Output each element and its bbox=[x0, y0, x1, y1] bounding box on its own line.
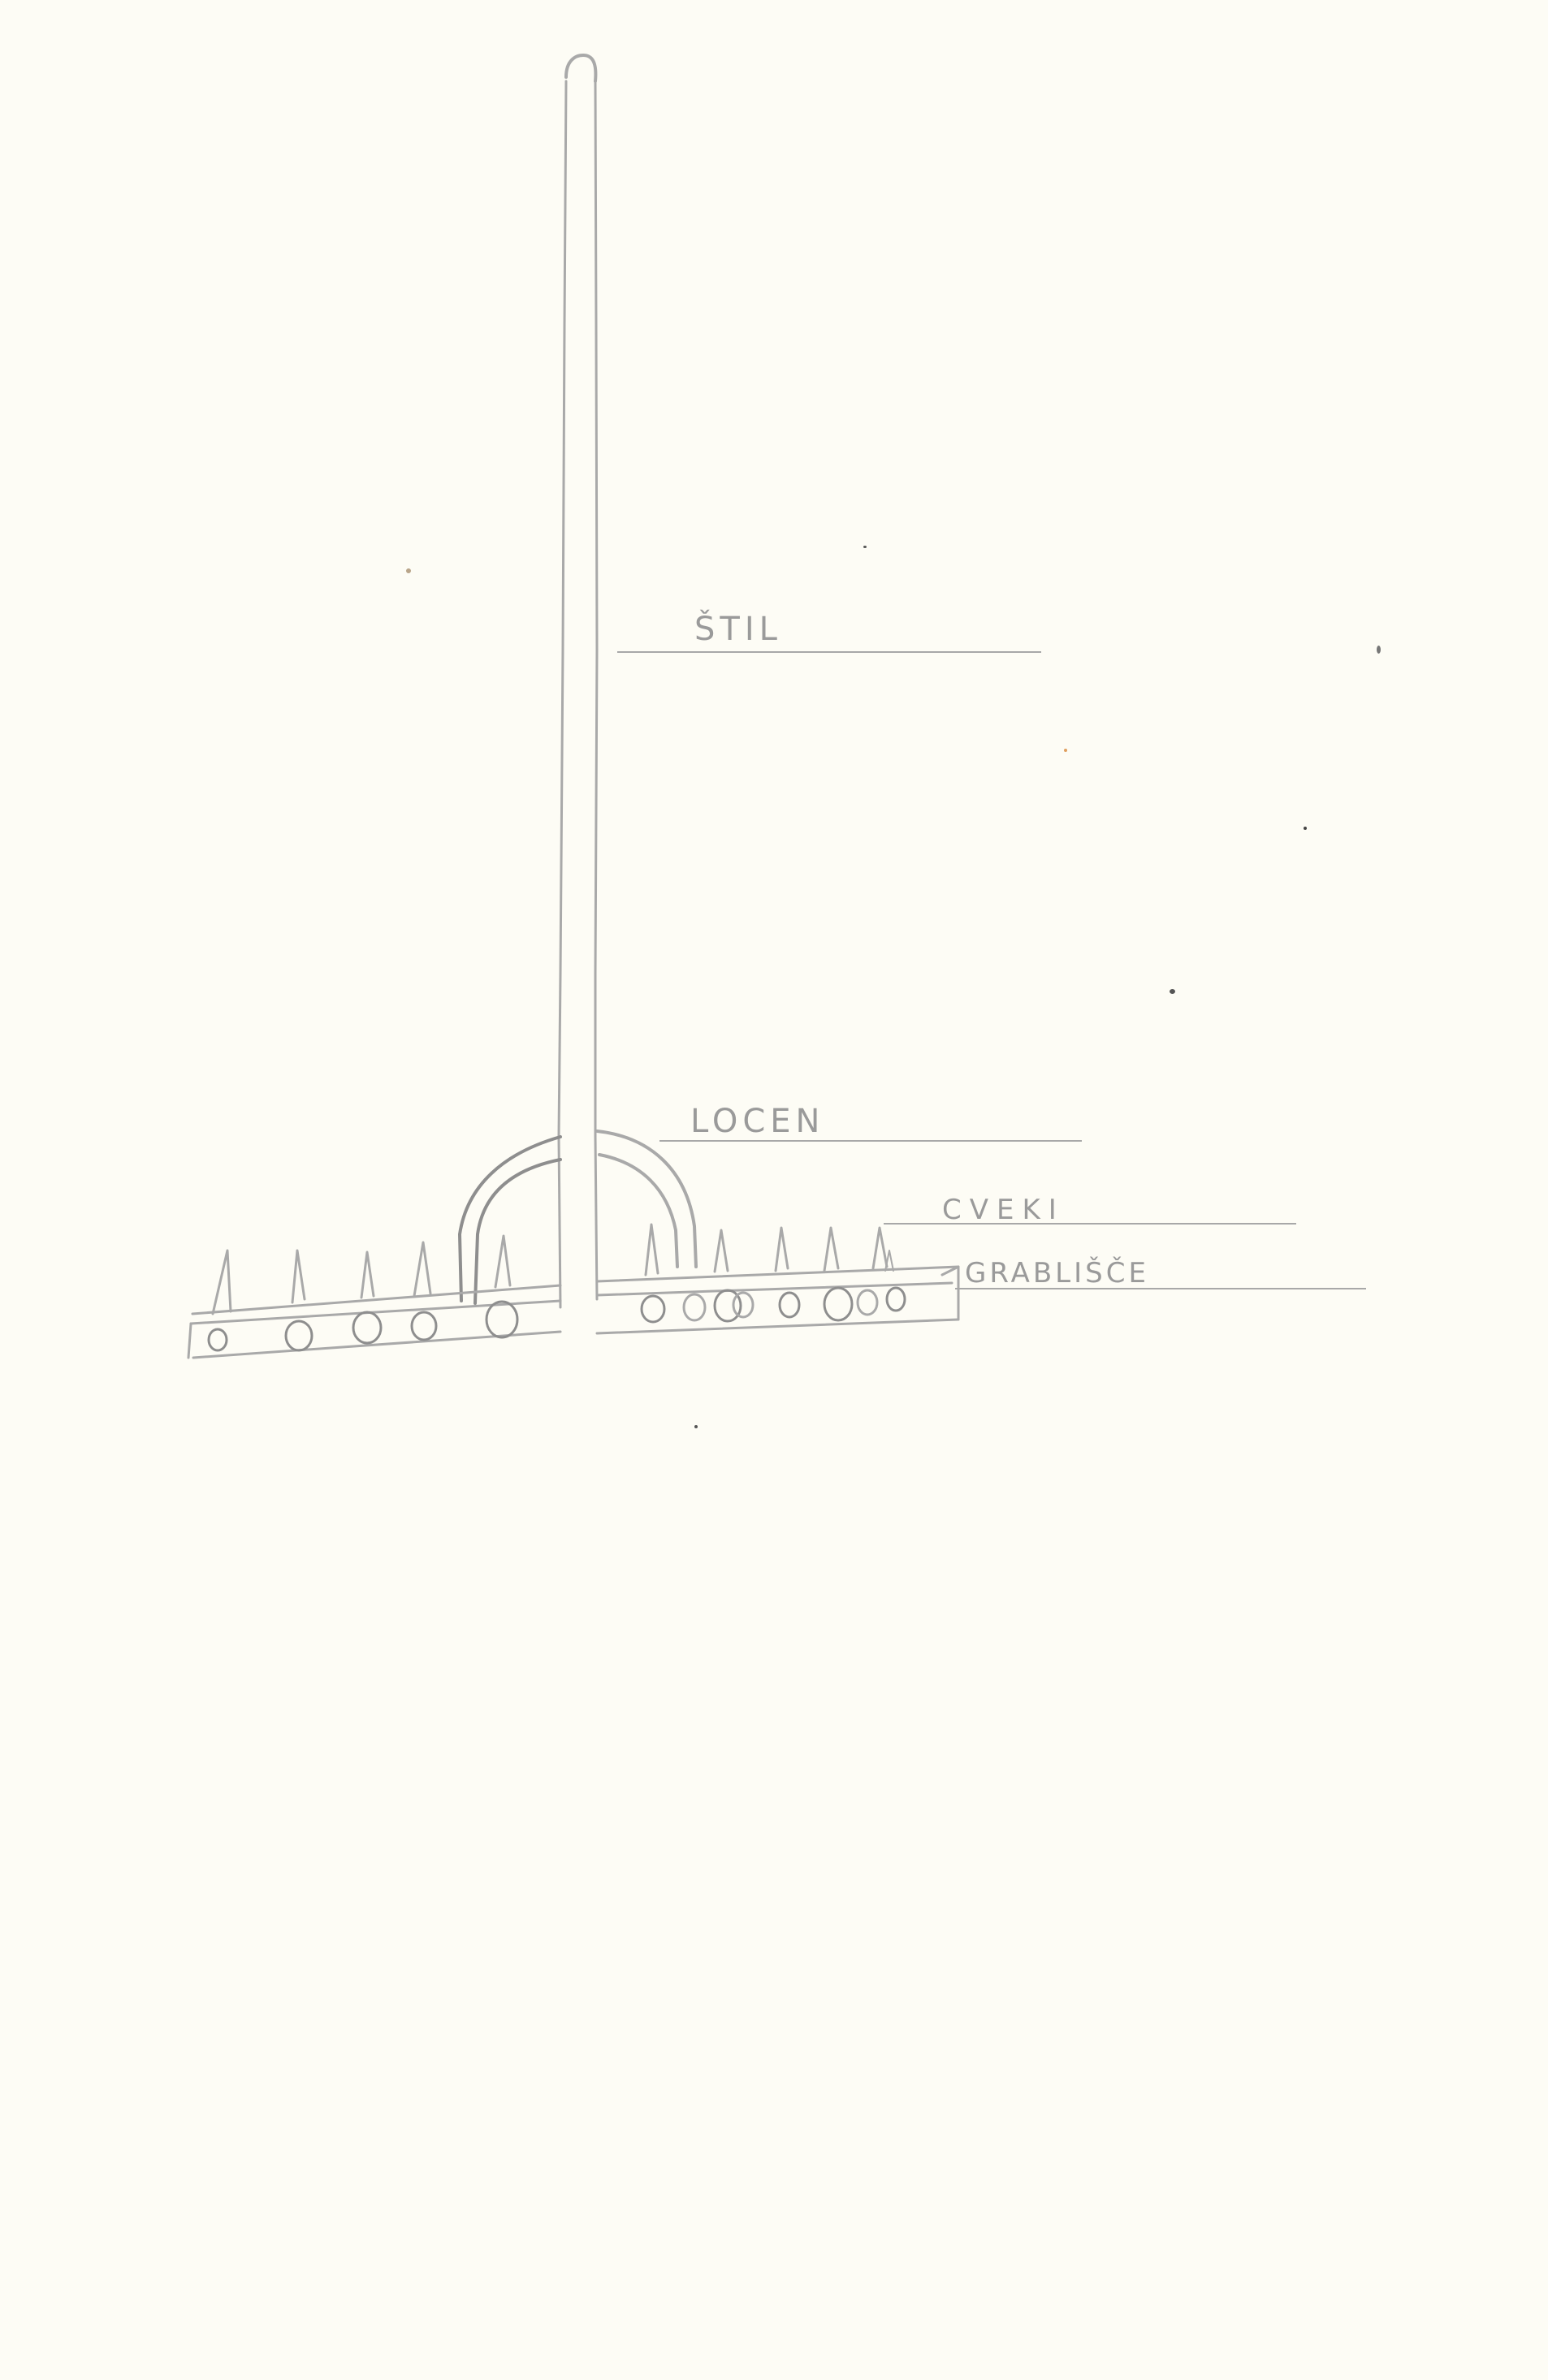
paper-speck bbox=[1170, 989, 1175, 994]
leader-line-stil bbox=[617, 651, 1041, 653]
leader-line-grablisce bbox=[955, 1288, 1366, 1289]
label-locen: LOCEN bbox=[690, 1103, 824, 1140]
rake-handle bbox=[559, 55, 597, 1307]
paper-speck bbox=[406, 568, 411, 573]
label-grablisce: GRABLIŠČE bbox=[965, 1257, 1149, 1289]
rake-arch bbox=[460, 1131, 696, 1303]
rake-head bbox=[188, 1250, 958, 1358]
paper-background: ŠTIL LOCEN CVEKI GRABLIŠČE bbox=[0, 0, 1548, 2380]
label-stil: ŠTIL bbox=[694, 611, 782, 648]
paper-speck bbox=[1304, 827, 1307, 830]
paper-speck bbox=[863, 546, 867, 548]
leader-line-cveki bbox=[884, 1223, 1296, 1225]
leader-line-locen bbox=[659, 1140, 1082, 1142]
rake-drawing bbox=[0, 0, 1548, 2380]
paper-speck bbox=[694, 1425, 698, 1428]
paper-speck bbox=[1377, 646, 1381, 654]
label-cveki: CVEKI bbox=[942, 1194, 1065, 1226]
paper-speck bbox=[1064, 749, 1067, 752]
